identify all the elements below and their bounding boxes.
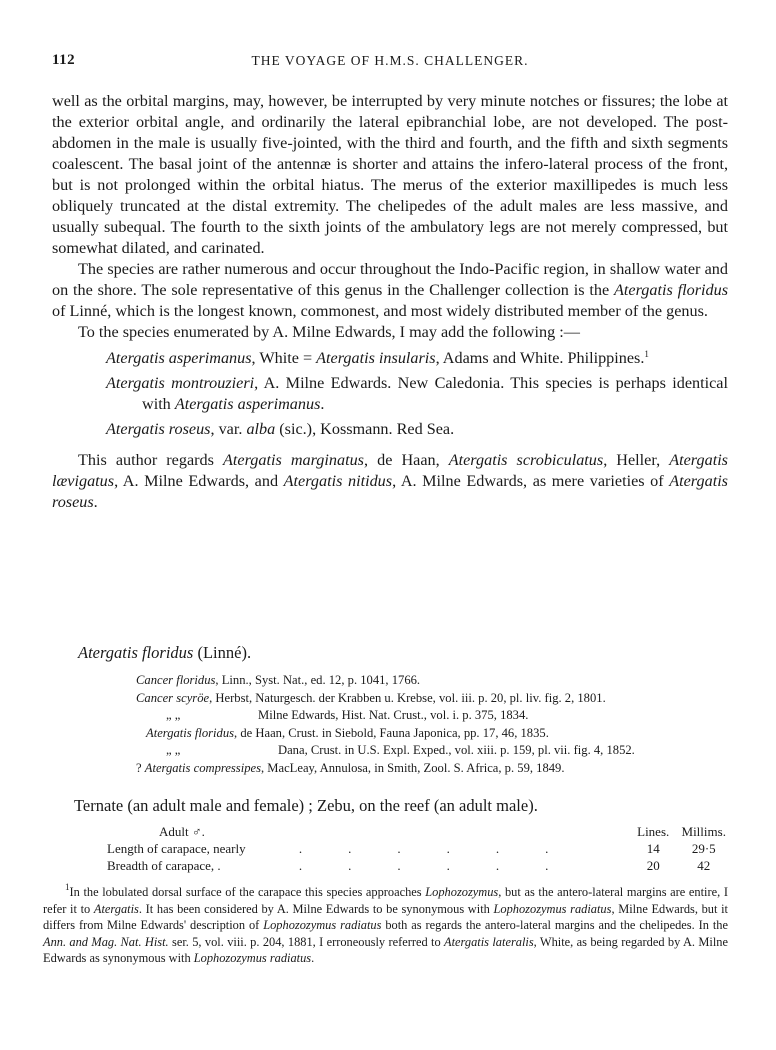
text-span: .	[94, 493, 98, 511]
measurements-table: Adult ♂. Lines. Millims. Length of carap…	[107, 823, 728, 874]
synonymy-entry: „ „Milne Edwards, Hist. Nat. Crust., vol…	[136, 707, 736, 725]
table-row: Length of carapace, nearly ...... 14 29·…	[107, 840, 728, 857]
footnote-ref[interactable]: 1	[644, 349, 649, 359]
ditto-mark: „ „	[166, 707, 258, 725]
citation: , Linn., Syst. Nat., ed. 12, p. 1041, 17…	[215, 673, 420, 687]
table-row: Breadth of carapace, . ...... 20 42	[107, 857, 728, 874]
text-span: .	[320, 395, 324, 413]
text-span: both as regards the antero-lateral margi…	[381, 918, 728, 932]
text-span: of Linné, which is the longest known, co…	[52, 302, 708, 320]
text-span: , Heller,	[603, 451, 669, 469]
synonymy-list: Cancer floridus, Linn., Syst. Nat., ed. …	[136, 672, 736, 777]
ditto-mark: „ „	[166, 742, 278, 760]
species-name: Atergatis compressipes	[145, 761, 261, 775]
citation: , de Haan, Crust. in Siebold, Fauna Japo…	[234, 726, 549, 740]
paragraph-1: well as the orbital margins, may, howeve…	[52, 91, 728, 259]
species-name: Cancer scyröe	[136, 691, 209, 705]
spacer	[299, 823, 627, 840]
value-millims: 29·5	[679, 840, 728, 857]
synonymy-entry: „ „Dana, Crust. in U.S. Expl. Exped., vo…	[136, 742, 736, 760]
species-name: Atergatis floridus	[614, 281, 728, 299]
text-span: , A. Milne Edwards, and	[114, 472, 284, 490]
text-span: , Adams and White. Philippines.	[436, 349, 645, 367]
text-span: This author regards	[78, 451, 223, 469]
species-name: Atergatis nitidus	[284, 472, 392, 490]
species-list-item: Atergatis asperimanus, White = Atergatis…	[106, 348, 728, 369]
text-span: In the lobulated dorsal surface of the c…	[70, 885, 426, 899]
value-lines: 14	[627, 840, 680, 857]
column-header-lines: Lines.	[627, 823, 680, 840]
value-lines: 20	[627, 857, 680, 874]
species-name: Lophozozymus radiatus	[494, 902, 612, 916]
species-name: alba	[246, 420, 275, 438]
value-millims: 42	[679, 857, 728, 874]
text-span: , de Haan,	[364, 451, 449, 469]
paragraph-3: To the species enumerated by A. Milne Ed…	[52, 322, 728, 343]
body-text: well as the orbital margins, may, howeve…	[52, 91, 728, 513]
synonymy-entry: Cancer floridus, Linn., Syst. Nat., ed. …	[136, 672, 736, 690]
citation: , Herbst, Naturgesch. der Krabben u. Kre…	[209, 691, 606, 705]
measurement-label: Length of carapace, nearly	[107, 840, 299, 857]
text-span: . It has been considered by A. Milne Edw…	[139, 902, 494, 916]
citation: Dana, Crust. in U.S. Expl. Exped., vol. …	[278, 743, 635, 757]
species-list-item: Atergatis montrouzieri, A. Milne Edwards…	[106, 373, 728, 415]
text-span: , A. Milne Edwards, as mere varieties of	[392, 472, 669, 490]
species-name: Atergatis insularis	[316, 349, 435, 367]
species-authority: (Linné).	[193, 643, 251, 662]
paragraph-2: The species are rather numerous and occu…	[52, 259, 728, 322]
synonymy-entry: ? Atergatis compressipes, MacLeay, Annul…	[136, 760, 736, 778]
species-name: Atergatis marginatus	[223, 451, 364, 469]
species-name: Atergatis floridus	[78, 643, 193, 662]
measurement-heading: Adult ♂.	[107, 823, 299, 840]
species-name: Atergatis roseus	[106, 420, 210, 438]
citation: , MacLeay, Annulosa, in Smith, Zool. S. …	[261, 761, 565, 775]
species-name: Atergatis montrouzieri	[106, 374, 254, 392]
footnote-text: 1In the lobulated dorsal surface of the …	[43, 884, 728, 967]
text-span: , var.	[210, 420, 246, 438]
species-name: Atergatis scrobiculatus	[449, 451, 603, 469]
species-name: Atergatis floridus	[146, 726, 234, 740]
species-name: Lophozozymus	[425, 885, 498, 899]
species-list: Atergatis asperimanus, White = Atergatis…	[106, 348, 728, 440]
synonymy-entry: Atergatis floridus, de Haan, Crust. in S…	[136, 725, 736, 743]
species-name: Atergatis lateralis	[444, 935, 534, 949]
query-mark: ?	[136, 761, 145, 775]
species-name: Lophozozymus radiatus	[263, 918, 381, 932]
species-name: Cancer floridus	[136, 673, 215, 687]
leader-dots: ......	[299, 857, 627, 874]
species-name: Atergatis	[94, 902, 139, 916]
journal-title: Ann. and Mag. Nat. Hist.	[43, 935, 169, 949]
synonymy-entry: Cancer scyröe, Herbst, Naturgesch. der K…	[136, 690, 736, 708]
text-span: ser. 5, vol. viii. p. 204, 1881, I erron…	[169, 935, 444, 949]
page-header: 112 THE VOYAGE OF H.M.S. CHALLENGER.	[52, 52, 728, 72]
species-list-item: Atergatis roseus, var. alba (sic.), Koss…	[106, 419, 728, 440]
text-span: , White =	[252, 349, 317, 367]
leader-dots: ......	[299, 840, 627, 857]
text-span: .	[311, 951, 314, 965]
species-name: Atergatis asperimanus	[106, 349, 252, 367]
measurement-label: Breadth of carapace, .	[107, 857, 299, 874]
table-header-row: Adult ♂. Lines. Millims.	[107, 823, 728, 840]
running-title: THE VOYAGE OF H.M.S. CHALLENGER.	[52, 53, 728, 69]
species-name: Atergatis asperimanus	[175, 395, 321, 413]
column-header-millims: Millims.	[679, 823, 728, 840]
citation: Milne Edwards, Hist. Nat. Crust., vol. i…	[258, 708, 528, 722]
species-heading: Atergatis floridus (Linné).	[78, 643, 251, 663]
paragraph-4: This author regards Atergatis marginatus…	[52, 450, 728, 513]
footnote: 1In the lobulated dorsal surface of the …	[43, 884, 728, 967]
locality-text: Ternate (an adult male and female) ; Zeb…	[74, 796, 538, 816]
species-name: Lophozozymus radiatus	[194, 951, 311, 965]
text-span: (sic.), Kossmann. Red Sea.	[275, 420, 454, 438]
